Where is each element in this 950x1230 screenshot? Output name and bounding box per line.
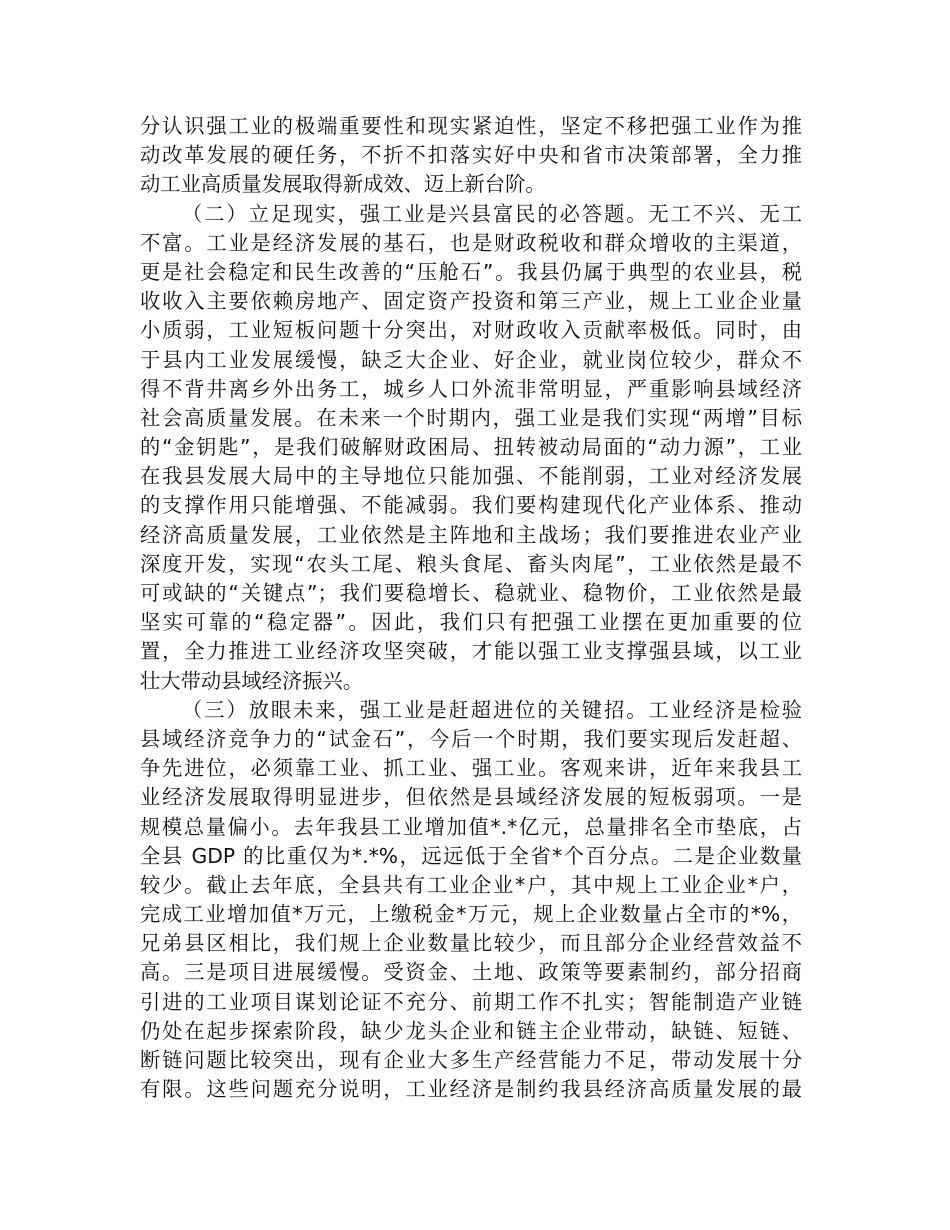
body-text: 分认识强工业的极端重要性和现实紧迫性，坚定不移把强工业作为推动改革发展的硬任务，… bbox=[140, 112, 802, 1104]
text-line: 高。三是项目进展缓慢。受资金、土地、政策等要素制约，部分招商 bbox=[140, 958, 802, 987]
paragraph-start-line: （三）放眼未来，强工业是赶超进位的关键招。工业经济是检验 bbox=[140, 696, 802, 725]
text-line: 规模总量偏小。去年我县工业增加值*.*亿元，总量排名全市垫底，占 bbox=[140, 813, 802, 842]
text-line: 的支撑作用只能增强、不能减弱。我们要构建现代化产业体系、推动 bbox=[140, 491, 802, 520]
text-line: 有限。这些问题充分说明，工业经济是制约我县经济高质量发展的最 bbox=[140, 1075, 802, 1104]
text-line: 完成工业增加值*万元，上缴税金*万元，规上企业数量占全市的*%， bbox=[140, 900, 802, 929]
text-line: 动改革发展的硬任务，不折不扣落实好中央和省市决策部署，全力推 bbox=[140, 141, 802, 170]
text-line: 于县内工业发展缓慢，缺乏大企业、好企业，就业岗位较少，群众不 bbox=[140, 346, 802, 375]
text-line: 可或缺的“关键点”；我们要稳增长、稳就业、稳物价，工业依然是最 bbox=[140, 579, 802, 608]
text-line: 仍处在起步探索阶段，缺少龙头企业和链主企业带动，缺链、短链、 bbox=[140, 1017, 802, 1046]
text-line: 社会高质量发展。在未来一个时期内，强工业是我们实现“两增”目标 bbox=[140, 404, 802, 433]
text-line: 全县 GDP 的比重仅为*.*%，远远低于全省*个百分点。二是企业数量 bbox=[140, 842, 802, 871]
text-line: 得不背井离乡外出务工，城乡人口外流非常明显，严重影响县域经济 bbox=[140, 375, 802, 404]
text-line: 兄弟县区相比，我们规上企业数量比较少，而且部分企业经营效益不 bbox=[140, 929, 802, 958]
text-line: 不富。工业是经济发展的基石，也是财政税收和群众增收的主渠道， bbox=[140, 229, 802, 258]
text-line: 断链问题比较突出，现有企业大多生产经营能力不足，带动发展十分 bbox=[140, 1046, 802, 1075]
text-line: 更是社会稳定和民生改善的“压舱石”。我县仍属于典型的农业县，税 bbox=[140, 258, 802, 287]
text-line: 较少。截止去年底，全县共有工业企业*户，其中规上工业企业*户， bbox=[140, 871, 802, 900]
text-line: 动工业高质量发展取得新成效、迈上新台阶。 bbox=[140, 170, 802, 199]
text-line: 在我县发展大局中的主导地位只能加强、不能削弱，工业对经济发展 bbox=[140, 462, 802, 491]
text-line: 小质弱，工业短板问题十分突出，对财政收入贡献率极低。同时，由 bbox=[140, 316, 802, 345]
text-line: 引进的工业项目谋划论证不充分、前期工作不扎实；智能制造产业链 bbox=[140, 988, 802, 1017]
text-line: 坚实可靠的“稳定器”。因此，我们只有把强工业摆在更加重要的位 bbox=[140, 608, 802, 637]
text-line: 壮大带动县域经济振兴。 bbox=[140, 667, 802, 696]
text-line: 的“金钥匙”，是我们破解财政困局、扭转被动局面的“动力源”，工业 bbox=[140, 433, 802, 462]
document-page: 分认识强工业的极端重要性和现实紧迫性，坚定不移把强工业作为推动改革发展的硬任务，… bbox=[0, 0, 950, 1230]
text-line: 置，全力推进工业经济攻坚突破，才能以强工业支撑强县域，以工业 bbox=[140, 637, 802, 666]
text-line: 收收入主要依赖房地产、固定资产投资和第三产业，规上工业企业量 bbox=[140, 287, 802, 316]
text-line: 经济高质量发展，工业依然是主阵地和主战场；我们要推进农业产业 bbox=[140, 521, 802, 550]
text-line: 深度开发，实现“农头工尾、粮头食尾、畜头肉尾”，工业依然是最不 bbox=[140, 550, 802, 579]
text-line: 争先进位，必须靠工业、抓工业、强工业。客观来讲，近年来我县工 bbox=[140, 754, 802, 783]
text-line: 业经济发展取得明显进步，但依然是县域经济发展的短板弱项。一是 bbox=[140, 783, 802, 812]
text-line: 分认识强工业的极端重要性和现实紧迫性，坚定不移把强工业作为推 bbox=[140, 112, 802, 141]
paragraph-start-line: （二）立足现实，强工业是兴县富民的必答题。无工不兴、无工 bbox=[140, 200, 802, 229]
text-line: 县域经济竞争力的“试金石”，今后一个时期，我们要实现后发赶超、 bbox=[140, 725, 802, 754]
